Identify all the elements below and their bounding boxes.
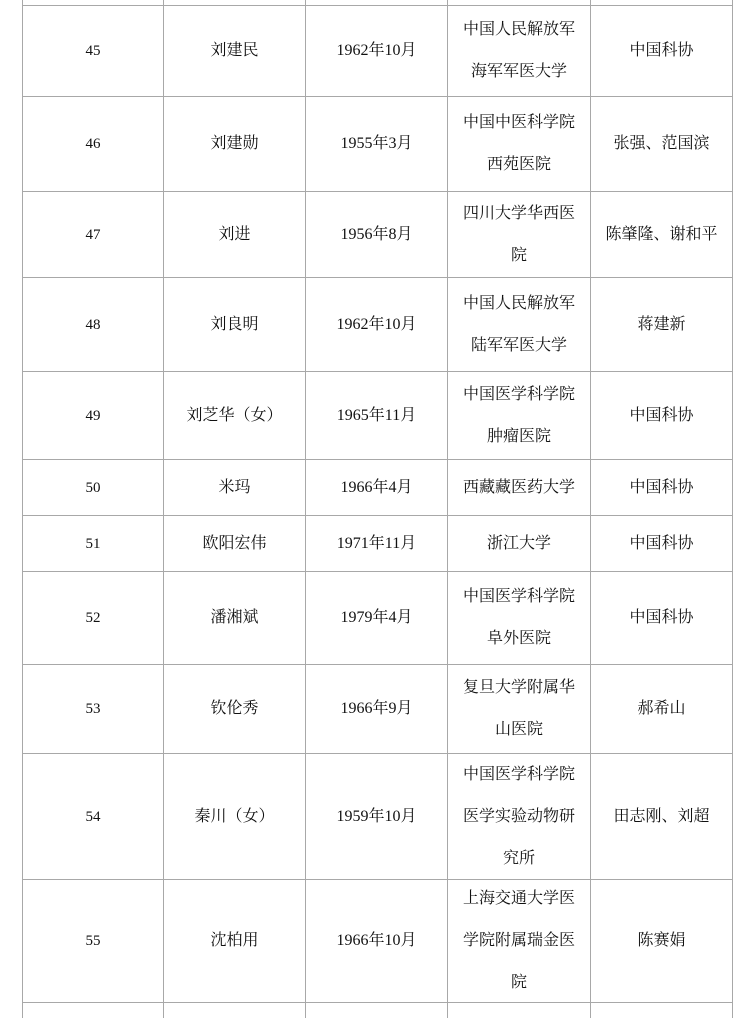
table-row: 55 沈柏用 1966年10月 上海交通大学医学院附属瑞金医院 陈赛娟 <box>23 880 733 1003</box>
table-row: 45 刘建民 1962年10月 中国人民解放军海军军医大学 中国科协 <box>23 6 733 97</box>
cell-organization: 中国医学科学院医学实验动物研究所 <box>448 754 591 879</box>
cell-number: 49 <box>23 372 164 459</box>
org-line: 院 <box>511 962 527 1002</box>
cell-number: 53 <box>23 665 164 753</box>
cell-recommender: 陈赛娟 <box>591 880 733 1002</box>
org-line: 浙江大学 <box>487 523 551 565</box>
org-line: 山医院 <box>495 709 543 751</box>
org-line: 院 <box>511 235 527 277</box>
cell-birthdate <box>306 1003 448 1018</box>
org-line: 阜外医院 <box>487 618 551 660</box>
org-line: 中国医学科学院 <box>463 576 575 618</box>
cell-recommender: 郝希山 <box>591 665 733 753</box>
cell-birthdate: 1962年10月 <box>306 278 448 371</box>
cell-recommender: 中国科协 <box>591 516 733 571</box>
cell-organization: 四川大学华西医院 <box>448 192 591 277</box>
cell-recommender: 田志刚、刘超 <box>591 754 733 879</box>
cell-birthdate: 1955年3月 <box>306 97 448 191</box>
org-line: 中国人民解放军 <box>463 9 575 51</box>
cell-name: 米玛 <box>164 460 306 515</box>
cell-name: 沈柏用 <box>164 880 306 1002</box>
cell-birthdate: 1971年11月 <box>306 516 448 571</box>
org-line: 中国中医科学院 <box>463 102 575 144</box>
cell-name <box>164 0 306 5</box>
table-row: 47 刘进 1956年8月 四川大学华西医院 陈肇隆、谢和平 <box>23 192 733 278</box>
cell-birthdate <box>306 0 448 5</box>
cell-recommender <box>591 1003 733 1018</box>
cell-recommender: 蒋建新 <box>591 278 733 371</box>
org-line: 西苑医院 <box>487 144 551 186</box>
cell-organization: 西藏藏医药大学 <box>448 460 591 515</box>
table-row: 52 潘湘斌 1979年4月 中国医学科学院阜外医院 中国科协 <box>23 572 733 665</box>
cell-organization: 浙江大学 <box>448 516 591 571</box>
cell-organization: 中国人民解放军陆军军医大学 <box>448 278 591 371</box>
cell-birthdate: 1966年4月 <box>306 460 448 515</box>
cell-number: 55 <box>23 880 164 1002</box>
cell-birthdate: 1962年10月 <box>306 6 448 96</box>
cell-birthdate: 1966年9月 <box>306 665 448 753</box>
org-line: 四川大学华西医 <box>463 193 575 235</box>
org-line: 陆军军医大学 <box>471 325 567 367</box>
table-row: 49 刘芝华（女） 1965年11月 中国医学科学院肿瘤医院 中国科协 <box>23 372 733 460</box>
cell-organization: 中国医学科学院阜外医院 <box>448 572 591 664</box>
cell-name: 刘良明 <box>164 278 306 371</box>
org-line: 中国人民解放军 <box>463 283 575 325</box>
cell-name: 秦川（女） <box>164 754 306 879</box>
partial-row-bottom <box>23 1003 733 1018</box>
cell-number: 45 <box>23 6 164 96</box>
expert-roster-table: 45 刘建民 1962年10月 中国人民解放军海军军医大学 中国科协 46 刘建… <box>22 0 733 1018</box>
table-row: 46 刘建勋 1955年3月 中国中医科学院西苑医院 张强、范国滨 <box>23 97 733 192</box>
cell-recommender: 中国科协 <box>591 572 733 664</box>
table-row: 51 欧阳宏伟 1971年11月 浙江大学 中国科协 <box>23 516 733 572</box>
org-line: 学院附属瑞金医 <box>463 920 575 962</box>
cell-number: 48 <box>23 278 164 371</box>
cell-organization <box>448 1003 591 1018</box>
cell-birthdate: 1959年10月 <box>306 754 448 879</box>
cell-organization <box>448 0 591 5</box>
cell-recommender <box>591 0 733 5</box>
cell-organization: 上海交通大学医学院附属瑞金医院 <box>448 880 591 1002</box>
cell-name: 刘进 <box>164 192 306 277</box>
cell-recommender: 中国科协 <box>591 372 733 459</box>
org-line: 复旦大学附属华 <box>463 667 575 709</box>
cell-name: 欧阳宏伟 <box>164 516 306 571</box>
org-line: 究所 <box>503 838 535 880</box>
cell-number: 47 <box>23 192 164 277</box>
cell-recommender: 陈肇隆、谢和平 <box>591 192 733 277</box>
org-line: 中国医学科学院 <box>463 754 575 796</box>
cell-birthdate: 1979年4月 <box>306 572 448 664</box>
cell-name: 刘芝华（女） <box>164 372 306 459</box>
cell-birthdate: 1965年11月 <box>306 372 448 459</box>
org-line: 上海交通大学医 <box>463 880 575 920</box>
cell-organization: 中国人民解放军海军军医大学 <box>448 6 591 96</box>
cell-number: 46 <box>23 97 164 191</box>
cell-number: 52 <box>23 572 164 664</box>
table-row: 53 钦伦秀 1966年9月 复旦大学附属华山医院 郝希山 <box>23 665 733 754</box>
cell-number <box>23 1003 164 1018</box>
table-row: 54 秦川（女） 1959年10月 中国医学科学院医学实验动物研究所 田志刚、刘… <box>23 754 733 880</box>
org-line: 中国医学科学院 <box>463 374 575 416</box>
cell-organization: 中国医学科学院肿瘤医院 <box>448 372 591 459</box>
org-line: 西藏藏医药大学 <box>463 467 575 509</box>
cell-recommender: 中国科协 <box>591 6 733 96</box>
cell-number <box>23 0 164 5</box>
cell-birthdate: 1966年10月 <box>306 880 448 1002</box>
org-line: 医学实验动物研 <box>463 796 575 838</box>
cell-name: 潘湘斌 <box>164 572 306 664</box>
cell-number: 51 <box>23 516 164 571</box>
cell-organization: 中国中医科学院西苑医院 <box>448 97 591 191</box>
cell-recommender: 中国科协 <box>591 460 733 515</box>
cell-birthdate: 1956年8月 <box>306 192 448 277</box>
cell-organization: 复旦大学附属华山医院 <box>448 665 591 753</box>
cell-name <box>164 1003 306 1018</box>
org-line: 海军军医大学 <box>471 51 567 93</box>
org-line: 肿瘤医院 <box>487 416 551 458</box>
cell-name: 刘建民 <box>164 6 306 96</box>
document-page: { "colors": { "grid_line": "#a8a8a8", "t… <box>0 0 750 1018</box>
table-row: 50 米玛 1966年4月 西藏藏医药大学 中国科协 <box>23 460 733 516</box>
cell-number: 50 <box>23 460 164 515</box>
cell-recommender: 张强、范国滨 <box>591 97 733 191</box>
cell-name: 钦伦秀 <box>164 665 306 753</box>
cell-name: 刘建勋 <box>164 97 306 191</box>
cell-number: 54 <box>23 754 164 879</box>
table-row: 48 刘良明 1962年10月 中国人民解放军陆军军医大学 蒋建新 <box>23 278 733 372</box>
